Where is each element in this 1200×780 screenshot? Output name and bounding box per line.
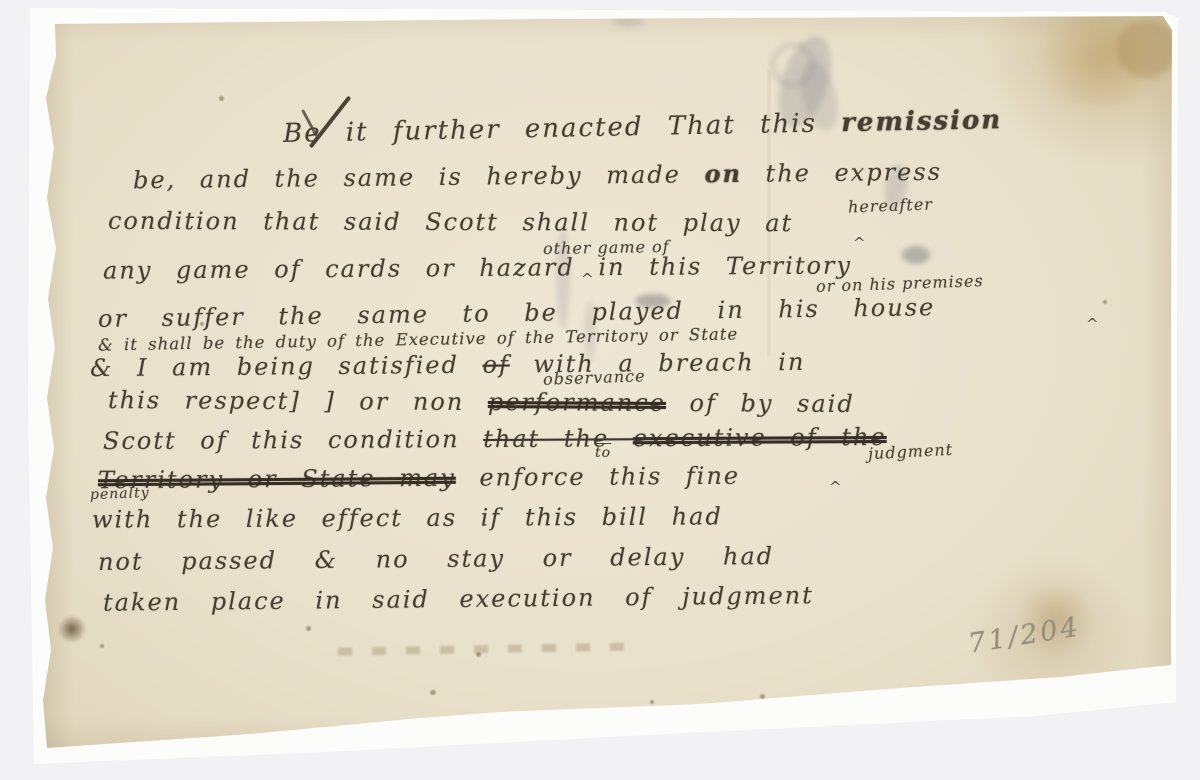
manuscript-text-struck: of [482, 350, 510, 378]
corner-stain-dark [1116, 20, 1178, 78]
manuscript-text: & I am being satisfied [90, 351, 483, 382]
manuscript-line: Territory or State may enforce this fine [98, 462, 740, 494]
manuscript-line: not passed & no stay or delay had [98, 542, 774, 576]
interline-insertion: hereafter [848, 195, 934, 217]
manuscript-line: be, and the same is hereby made on the e… [133, 157, 942, 194]
foxing-dot [650, 700, 654, 704]
left-edge-ink-blot [58, 616, 86, 642]
foxing-dot [100, 644, 104, 648]
manuscript-text: condition that said Scott shall not play… [108, 207, 793, 237]
manuscript-text: the express [742, 158, 942, 188]
foxing-dot [1103, 300, 1107, 304]
manuscript-text: with the like effect as if this bill had [92, 502, 723, 533]
manuscript-line: with the like effect as if this bill had [92, 502, 723, 533]
caret-mark: ^ [1086, 315, 1099, 333]
manuscript-text: be, and the same is hereby made [133, 160, 705, 194]
foxing-dot [430, 690, 436, 695]
interline-insertion: observance [543, 366, 646, 389]
manuscript-text-struck: Territory or State may [98, 464, 456, 494]
manuscript-text-struck: executive of the [633, 423, 887, 452]
caret-mark: ^ [853, 234, 866, 252]
manuscript-text: this respect] ] or non [108, 386, 488, 416]
manuscript-text: or suffer the same to be played in his h… [98, 293, 936, 333]
manuscript-line: condition that said Scott shall not play… [108, 207, 793, 237]
scan-background: Be it further enacted That this remissio… [0, 0, 1200, 780]
manuscript-line: Scott of this condition that the executi… [103, 423, 887, 455]
pencil-smudge-ring [770, 42, 816, 88]
foxing-dot [476, 652, 481, 657]
manuscript-text: Scott of this condition [103, 425, 483, 455]
manuscript-text-overwritten: on [704, 159, 742, 188]
manuscript-line: any game of cards or hazard in this Terr… [103, 251, 852, 284]
manuscript-text-struck: performance [488, 388, 666, 417]
faded-ink-row [338, 642, 644, 655]
manuscript-text: taken place in said execution of judgmen… [103, 581, 814, 616]
manuscript-text: not passed & no stay or delay had [98, 542, 774, 576]
manuscript-text: Be it further enacted That this [283, 108, 842, 149]
manuscript-text: enforce this fine [456, 462, 741, 492]
manuscript-line: Be it further enacted That this remissio… [283, 105, 1003, 149]
caret-mark: ^ [829, 478, 842, 496]
interline-insertion: judgment [868, 440, 954, 463]
manuscript-line: & I am being satisfied of with a breach … [90, 348, 806, 382]
foxing-dot [219, 96, 224, 101]
manuscript-line: or suffer the same to be played in his h… [98, 293, 936, 333]
interline-insertion: penalty [90, 485, 150, 503]
foxing-dot [760, 694, 765, 699]
manuscript-text-overwritten: remission [841, 105, 1003, 138]
caret-mark: ^ [581, 270, 594, 288]
interline-insertion: to [595, 443, 611, 461]
manuscript-text: any game of cards or hazard in this Terr… [103, 251, 852, 284]
manuscript-line: this respect] ] or non performance of by… [108, 386, 855, 418]
ink-smear [902, 246, 930, 264]
manuscript-paper: Be it further enacted That this remissio… [40, 12, 1176, 754]
interline-insertion: other game of [543, 237, 670, 258]
manuscript-line: taken place in said execution of judgmen… [103, 581, 814, 616]
foxing-dot [306, 626, 311, 631]
manuscript-text: of by said [666, 389, 855, 418]
